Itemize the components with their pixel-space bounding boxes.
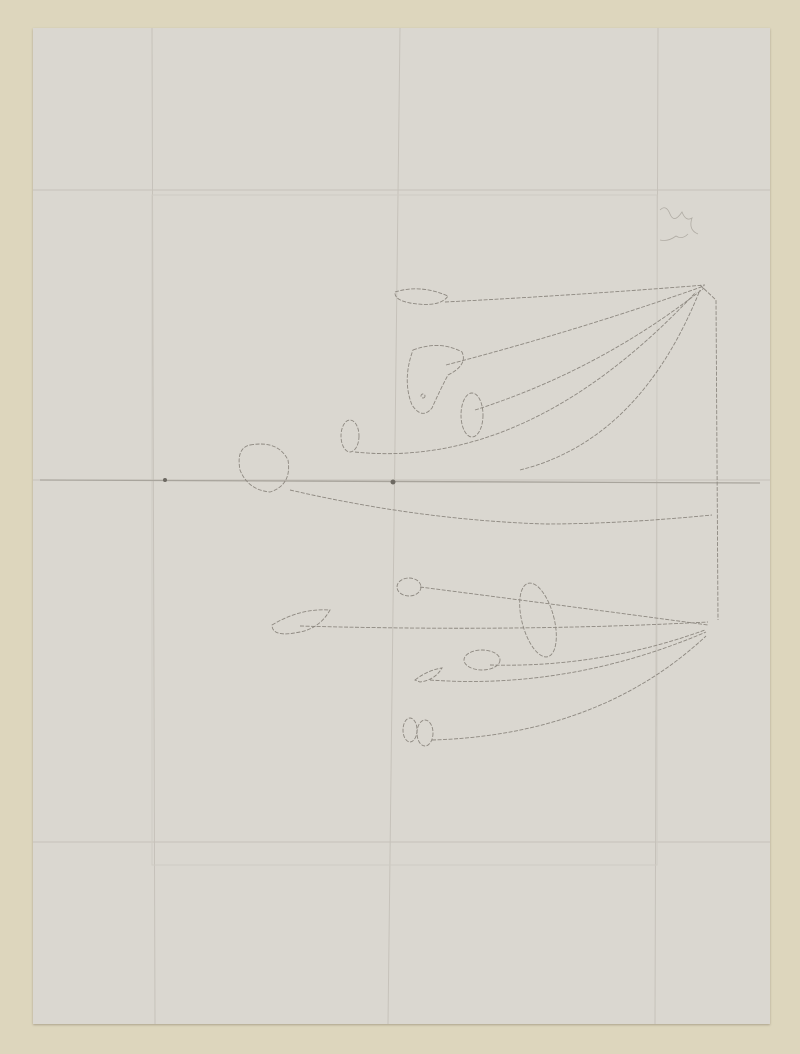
upper-group [239, 285, 718, 620]
lower-group [272, 578, 708, 746]
fold-lines [33, 28, 770, 1024]
faint-annotation [660, 208, 698, 241]
pencil-sketch [0, 0, 800, 1054]
